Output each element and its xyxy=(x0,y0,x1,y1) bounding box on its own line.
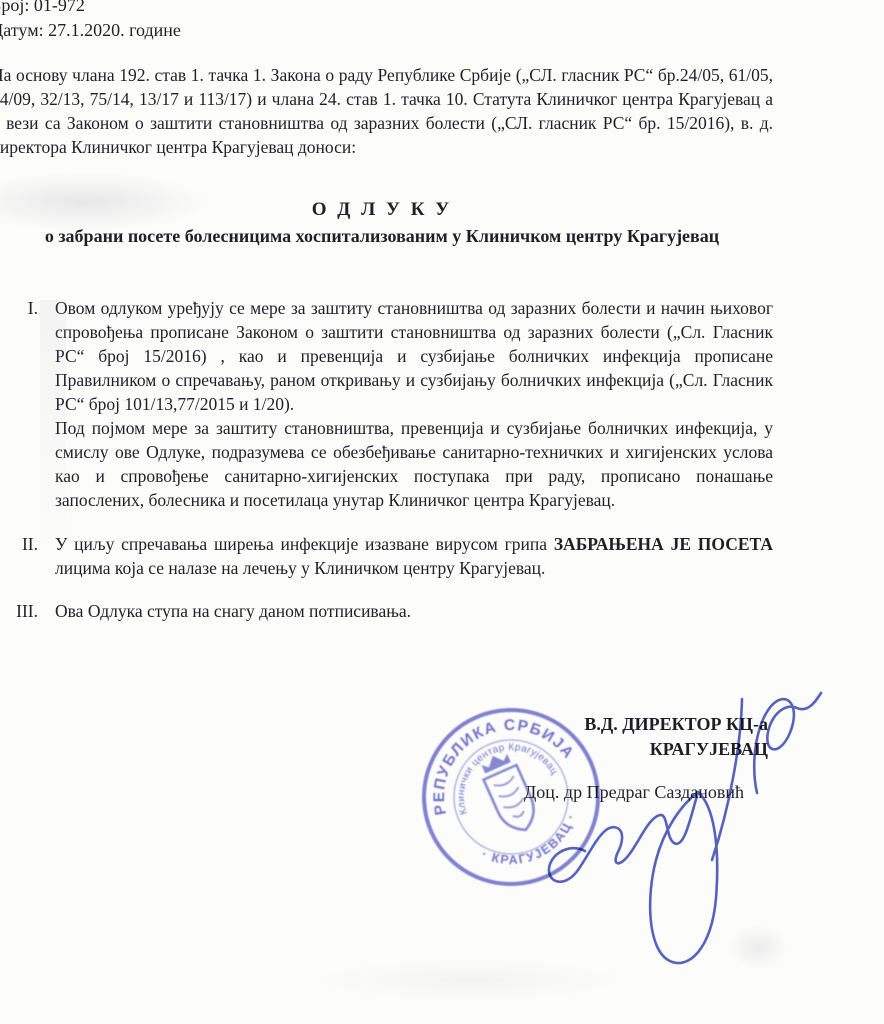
item-1-paragraph-2: Под појмом мере за заштиту становништва,… xyxy=(55,416,773,512)
item-2-text-post: лицима која се налазе на лечењу у Клинич… xyxy=(55,558,545,578)
item-2-numeral: II. xyxy=(0,532,38,580)
document-page: Број: 01-972 Датум: 27.1.2020. године На… xyxy=(0,0,884,1024)
item-1-body: Овом одлуком уређују се мере за заштиту … xyxy=(55,296,773,512)
item-3-paragraph: Ова Одлука ступа на снагу даном потписив… xyxy=(55,599,773,623)
document-date: Датум: 27.1.2020. године xyxy=(0,18,773,43)
decision-item-3: III. Ова Одлука ступа на снагу даном пот… xyxy=(0,599,773,623)
signature-flourish xyxy=(754,693,821,793)
item-2-text-pre: У циљу спречавања ширења инфекције изазв… xyxy=(55,534,554,554)
item-1-numeral: I. xyxy=(0,296,38,512)
decision-title: О Д Л У К У xyxy=(0,198,773,222)
item-3-numeral: III. xyxy=(0,599,38,623)
item-2-body: У циљу спречавања ширења инфекције изазв… xyxy=(55,532,773,580)
item-2-paragraph: У циљу спречавања ширења инфекције изазв… xyxy=(55,532,773,580)
decision-item-2: II. У циљу спречавања ширења инфекције и… xyxy=(0,532,773,580)
document-content: Број: 01-972 Датум: 27.1.2020. године На… xyxy=(0,0,773,623)
document-header: Број: 01-972 Датум: 27.1.2020. године xyxy=(0,0,773,43)
visit-ban-emphasis: ЗАБРАЊЕНА ЈЕ ПОСЕТА xyxy=(554,534,773,554)
decision-items: I. Овом одлуком уређују се мере за зашти… xyxy=(0,296,773,623)
item-1-paragraph-1: Овом одлуком уређују се мере за заштиту … xyxy=(55,296,773,416)
item-3-body: Ова Одлука ступа на снагу даном потписив… xyxy=(55,599,773,623)
document-number: Број: 01-972 xyxy=(0,0,773,18)
signature-ink xyxy=(520,670,860,990)
decision-item-1: I. Овом одлуком уређују се мере за зашти… xyxy=(0,296,773,512)
decision-subtitle: о забрани посете болесницима хоспитализо… xyxy=(0,224,773,248)
signature-scrawl xyxy=(549,792,698,882)
intro-paragraph: На основу члана 192. став 1. тачка 1. За… xyxy=(0,63,773,159)
signature-loop xyxy=(650,792,717,963)
